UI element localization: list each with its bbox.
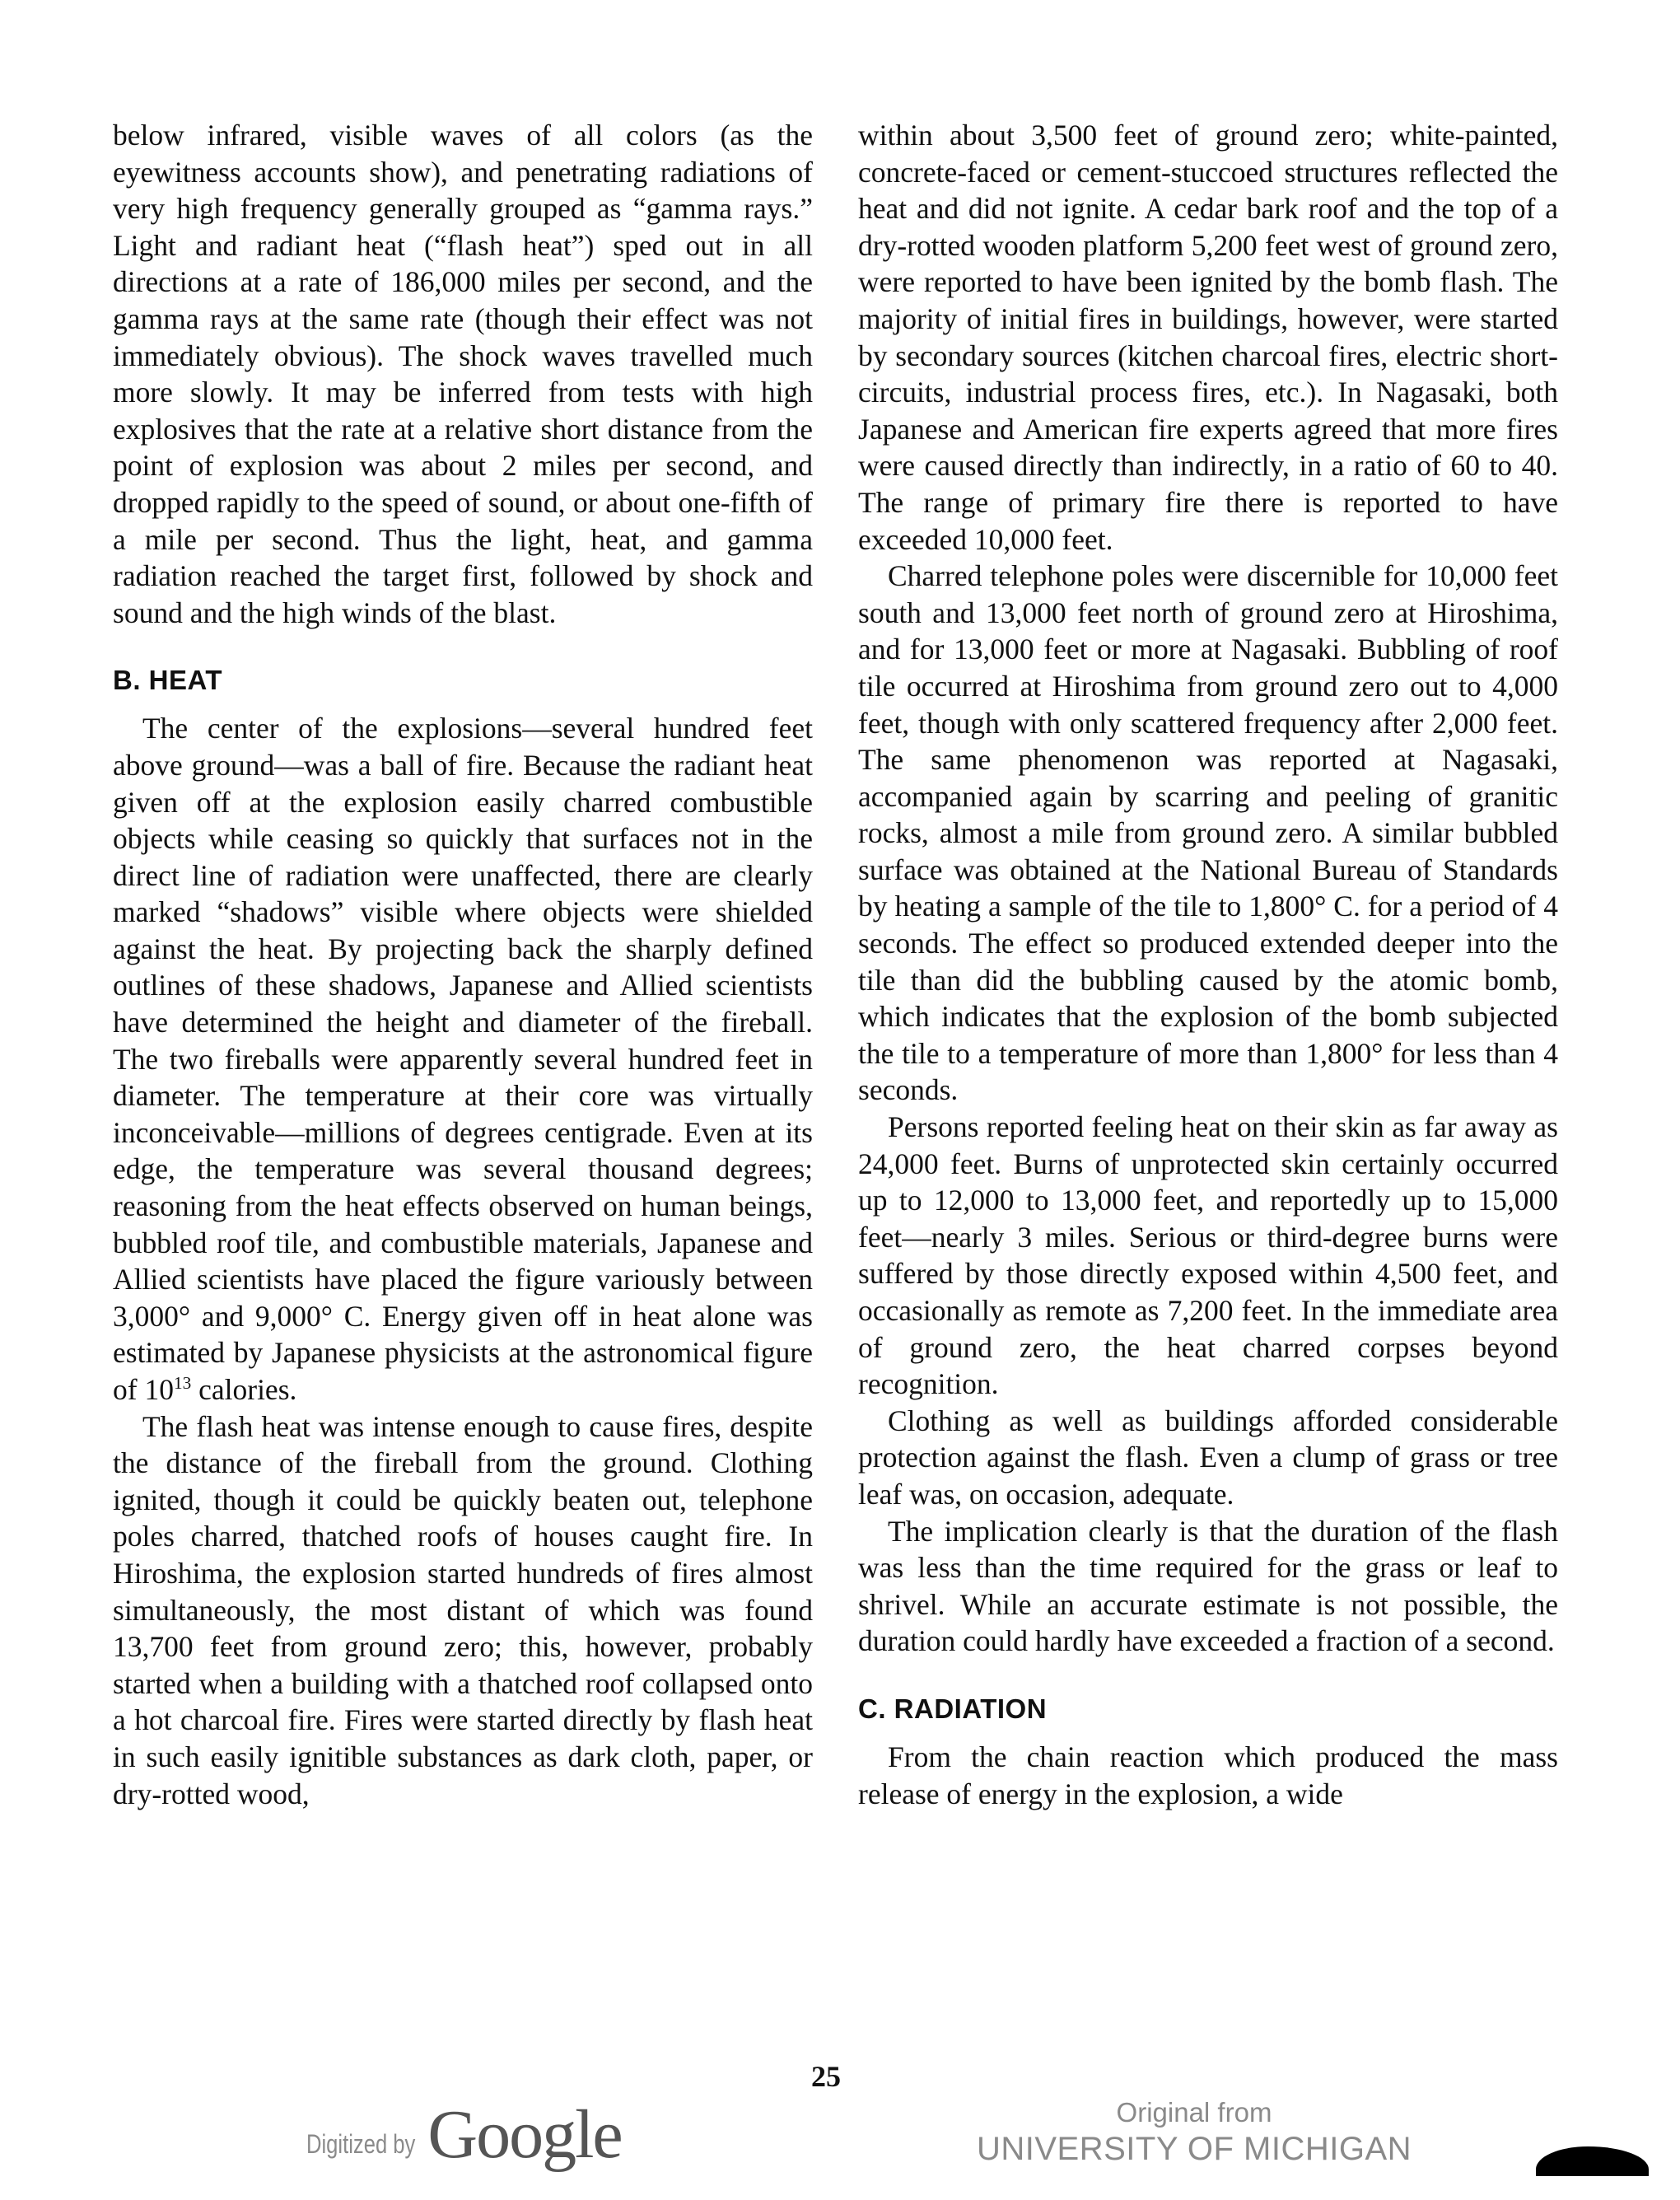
exponent: 13 bbox=[174, 1373, 191, 1393]
paragraph: Charred telephone poles were discernible… bbox=[858, 558, 1558, 1109]
paragraph: The implication clearly is that the dura… bbox=[858, 1513, 1558, 1660]
paragraph-text: The center of the explosions—several hun… bbox=[113, 712, 813, 1406]
original-from-label: Original from bbox=[972, 2096, 1416, 2129]
paragraph: From the chain reaction which produced t… bbox=[858, 1739, 1558, 1812]
paragraph: below infrared, visible waves of all col… bbox=[113, 117, 813, 631]
original-from-watermark: Original from UNIVERSITY OF MICHIGAN bbox=[972, 2096, 1416, 2169]
digitized-by-watermark: Digitized by Google bbox=[306, 2100, 622, 2170]
section-heading-heat: B. HEAT bbox=[113, 664, 813, 697]
google-logo: Google bbox=[427, 2100, 621, 2170]
institution-name: UNIVERSITY OF MICHIGAN bbox=[972, 2129, 1416, 2169]
paragraph-text-suffix: calories. bbox=[191, 1373, 296, 1406]
paragraph: Persons reported feeling heat on their s… bbox=[858, 1109, 1558, 1403]
paragraph: Clothing as well as buildings afforded c… bbox=[858, 1403, 1558, 1513]
paragraph: The center of the explosions—several hun… bbox=[113, 710, 813, 1408]
right-column: within about 3,500 feet of ground zero; … bbox=[858, 117, 1558, 1812]
left-column: below infrared, visible waves of all col… bbox=[113, 117, 813, 1812]
section-heading-radiation: C. RADIATION bbox=[858, 1693, 1558, 1726]
page-number: 25 bbox=[811, 2059, 841, 2094]
scan-artifact-shape bbox=[1536, 2146, 1649, 2176]
paragraph: within about 3,500 feet of ground zero; … bbox=[858, 117, 1558, 558]
digitized-by-label: Digitized by bbox=[306, 2129, 415, 2160]
paragraph: The flash heat was intense enough to cau… bbox=[113, 1408, 813, 1813]
